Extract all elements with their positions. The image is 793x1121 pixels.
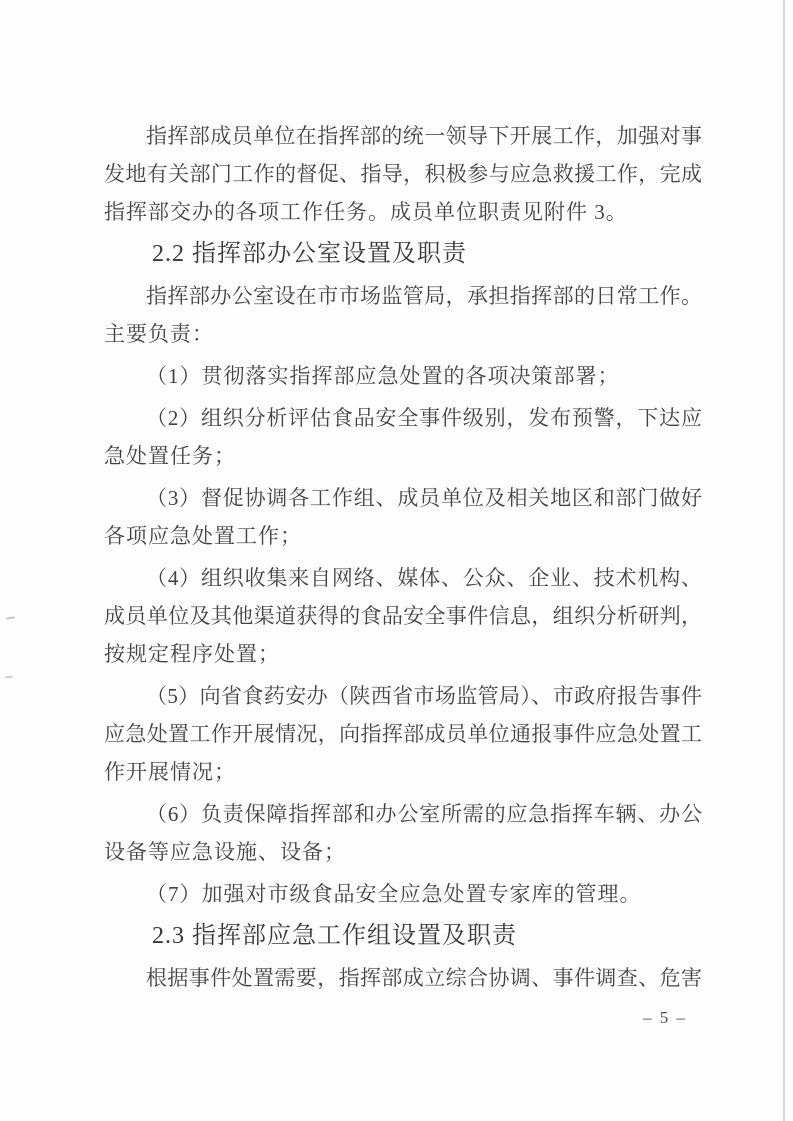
page-number: – 5 – (615, 1008, 715, 1028)
text-line: 指挥部办公室设在市市场监管局，承担指挥部的日常工作。 (104, 277, 702, 315)
text-line: （7）加强对市级食品安全应急处置专家库的管理。 (104, 875, 702, 913)
text-column: 指挥部成员单位在指挥部的统一领导下开展工作，加强对事发地有关部门工作的督促、指导… (104, 117, 702, 997)
paragraph: 指挥部办公室设在市市场监管局，承担指挥部的日常工作。主要负责： (104, 277, 702, 353)
section-heading: 2.3 指挥部应急工作组设置及职责 (104, 917, 702, 955)
paragraph: （4）组织收集来自网络、媒体、公众、企业、技术机构、成员单位及其他渠道获得的食品… (104, 559, 702, 673)
text-line: 发地有关部门工作的督促、指导，积极参与应急救援工作，完成 (104, 155, 702, 193)
text-line: 各项应急处置工作； (104, 517, 702, 555)
text-line: 成员单位及其他渠道获得的食品安全事件信息，组织分析研判， (104, 597, 702, 635)
text-line: 设备等应急设施、设备； (104, 833, 702, 871)
text-line: 主要负责： (104, 315, 702, 353)
section-heading: 2.2 指挥部办公室设置及职责 (104, 235, 702, 273)
text-line: 2.2 指挥部办公室设置及职责 (104, 235, 702, 273)
text-line: 2.3 指挥部应急工作组设置及职责 (104, 917, 702, 955)
scan-artifact (5, 676, 13, 679)
text-line: （1）贯彻落实指挥部应急处置的各项决策部署； (104, 357, 702, 395)
text-line: 指挥部成员单位在指挥部的统一领导下开展工作，加强对事 (104, 117, 702, 155)
text-line: 指挥部交办的各项工作任务。成员单位职责见附件 3。 (104, 193, 702, 231)
text-line: （3）督促协调各工作组、成员单位及相关地区和部门做好 (104, 479, 702, 517)
text-line: 作开展情况； (104, 753, 702, 791)
paragraph: （3）督促协调各工作组、成员单位及相关地区和部门做好各项应急处置工作； (104, 479, 702, 555)
paragraph: （1）贯彻落实指挥部应急处置的各项决策部署； (104, 357, 702, 395)
text-line: （5）向省食药安办（陕西省市场监管局）、市政府报告事件 (104, 677, 702, 715)
scan-edge-line (783, 0, 785, 1121)
text-line: （4）组织收集来自网络、媒体、公众、企业、技术机构、 (104, 559, 702, 597)
paragraph: 指挥部成员单位在指挥部的统一领导下开展工作，加强对事发地有关部门工作的督促、指导… (104, 117, 702, 231)
paragraph: （2）组织分析评估食品安全事件级别，发布预警，下达应急处置任务； (104, 399, 702, 475)
paragraph: 根据事件处置需要，指挥部成立综合协调、事件调查、危害 (104, 959, 702, 997)
text-line: 根据事件处置需要，指挥部成立综合协调、事件调查、危害 (104, 959, 702, 997)
paragraph: （6）负责保障指挥部和办公室所需的应急指挥车辆、办公设备等应急设施、设备； (104, 795, 702, 871)
text-line: 急处置任务； (104, 437, 702, 475)
text-line: 应急处置工作开展情况，向指挥部成员单位通报事件应急处置工 (104, 715, 702, 753)
paragraph: （7）加强对市级食品安全应急处置专家库的管理。 (104, 875, 702, 913)
paragraph: （5）向省食药安办（陕西省市场监管局）、市政府报告事件应急处置工作开展情况，向指… (104, 677, 702, 791)
text-line: （2）组织分析评估食品安全事件级别，发布预警，下达应 (104, 399, 702, 437)
text-line: （6）负责保障指挥部和办公室所需的应急指挥车辆、办公 (104, 795, 702, 833)
text-line: 按规定程序处置； (104, 635, 702, 673)
scan-artifact (6, 616, 15, 619)
